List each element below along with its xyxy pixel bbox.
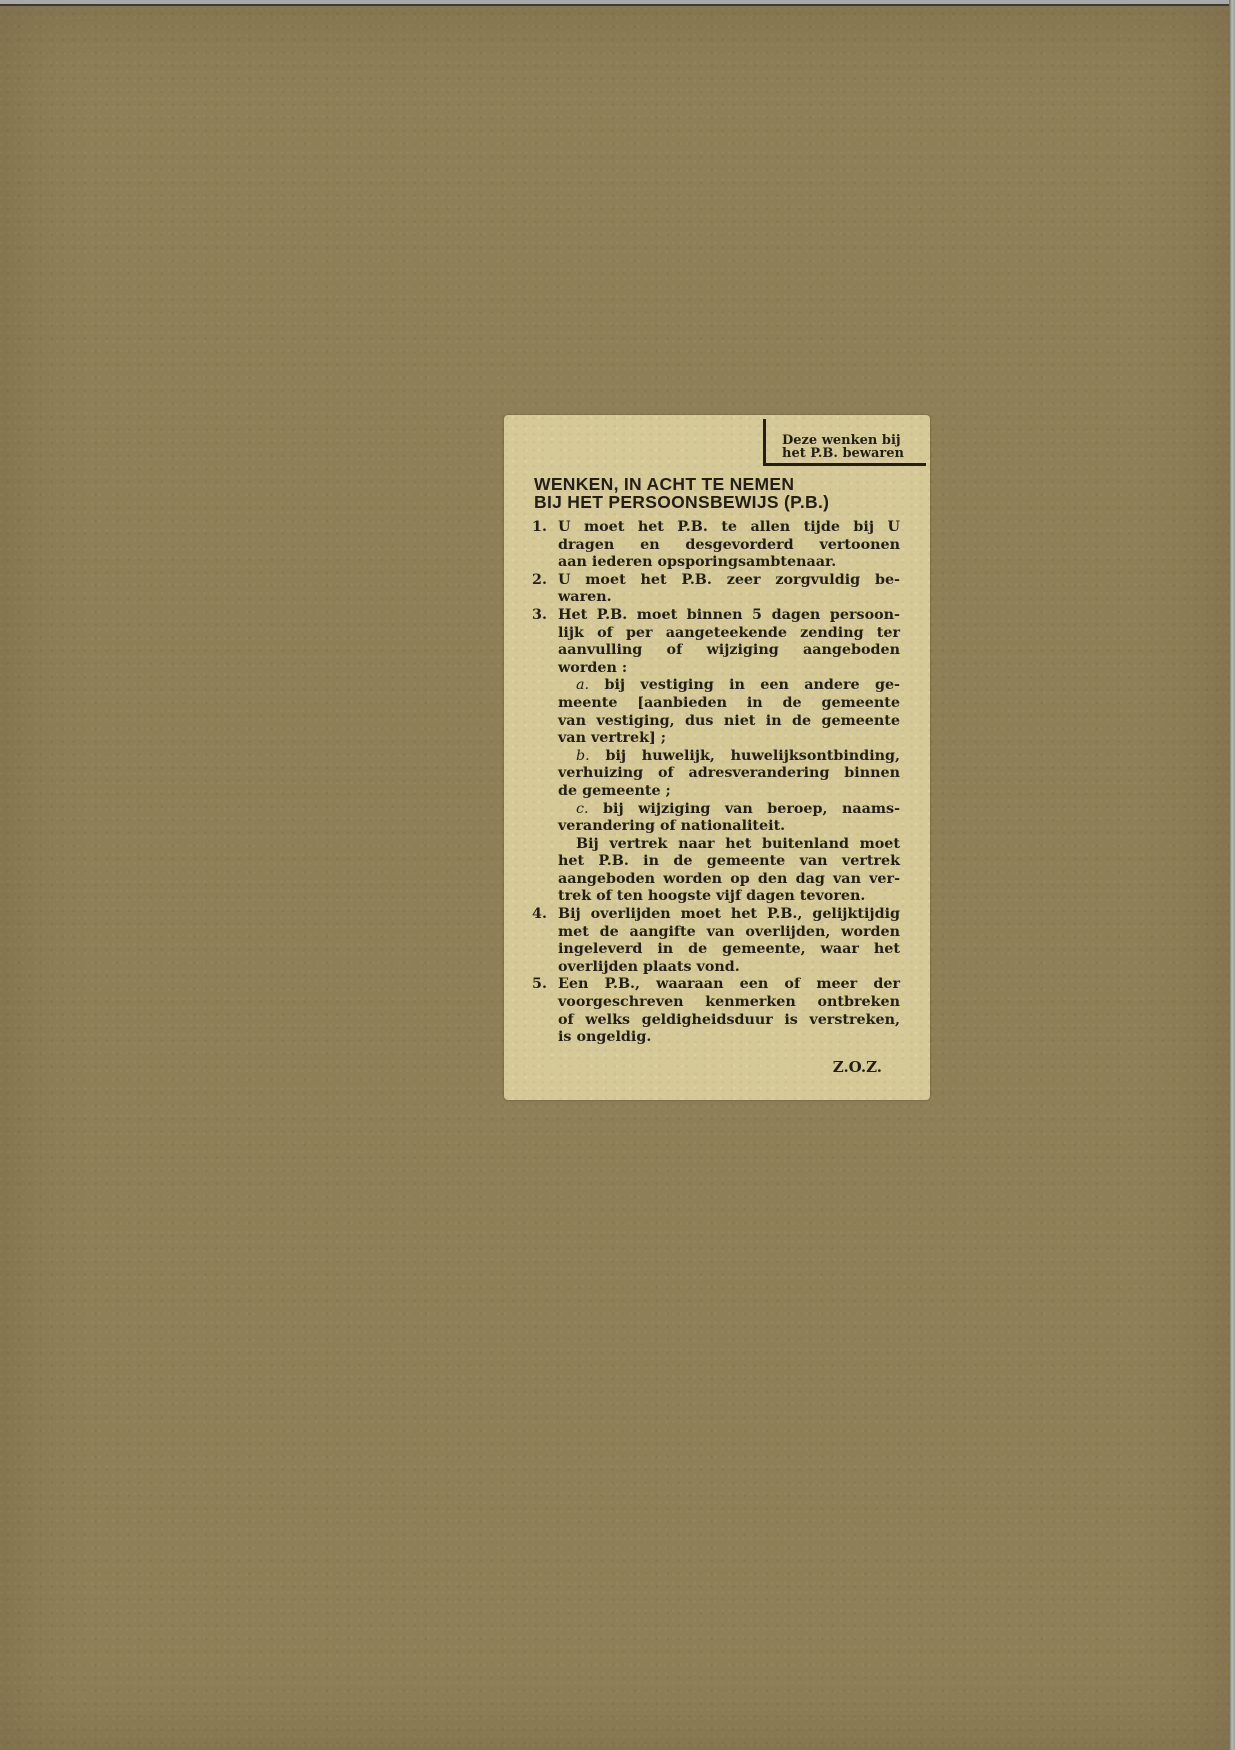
item-line: aangeboden worden op den dag van ver- <box>558 871 900 889</box>
item-line: worden : <box>558 660 900 678</box>
instruction-item: 4.Bij overlijden moet het P.B., gelijkti… <box>532 906 900 976</box>
item-line: of welks geldigheidsduur is verstreken, <box>558 1012 900 1030</box>
item-line: b. bij huwelijk, huwelijksontbinding, <box>558 748 900 766</box>
item-number: 1. <box>532 519 547 537</box>
item-number: 3. <box>532 607 547 625</box>
item-line: het P.B. in de gemeente van vertrek <box>558 853 900 871</box>
item-line: a. bij vestiging in een andere ge- <box>558 677 900 695</box>
instruction-item: 3.Het P.B. moet binnen 5 dagen persoon-l… <box>532 607 900 906</box>
item-line: ingeleverd in de gemeente, waar het <box>558 941 900 959</box>
item-line: U moet het P.B. zeer zorgvuldig be- <box>558 572 900 590</box>
scanner-edge-right <box>1229 0 1235 1750</box>
item-line: Een P.B., waaraan een of meer der <box>558 976 900 994</box>
item-line: van vertrek] ; <box>558 730 900 748</box>
sub-item-letter: c. <box>576 801 589 817</box>
turn-over-note: Z.O.Z. <box>833 1058 882 1076</box>
item-line: Het P.B. moet binnen 5 dagen persoon- <box>558 607 900 625</box>
item-line: verhuizing of adresverandering binnen <box>558 765 900 783</box>
sub-item-letter: b. <box>576 748 590 764</box>
item-number: 5. <box>532 976 547 994</box>
item-line: aanvulling of wijziging aangeboden <box>558 642 900 660</box>
item-line: van vestiging, dus niet in de gemeente <box>558 713 900 731</box>
item-line: Bij overlijden moet het P.B., gelijktijd… <box>558 906 900 924</box>
item-line: overlijden plaats vond. <box>558 959 900 977</box>
title-line: WENKEN, IN ACHT TE NEMEN <box>534 475 914 493</box>
item-number: 4. <box>532 906 547 924</box>
card-title: WENKEN, IN ACHT TE NEMEN BIJ HET PERSOON… <box>534 475 914 511</box>
item-line: voorgeschreven kenmerken ontbreken <box>558 994 900 1012</box>
instruction-item: 5.Een P.B., waaraan een of meer dervoorg… <box>532 976 900 1046</box>
item-line: aan iederen opsporingsambtenaar. <box>558 554 900 572</box>
item-line: trek of ten hoogste vijf dagen tevoren. <box>558 888 900 906</box>
item-number: 2. <box>532 572 547 590</box>
sub-item-letter: a. <box>576 677 589 693</box>
item-line: lijk of per aangeteekende zending ter <box>558 625 900 643</box>
item-line: meente [aanbieden in de gemeente <box>558 695 900 713</box>
item-line: c. bij wijziging van beroep, naams- <box>558 801 900 819</box>
item-line: waren. <box>558 589 900 607</box>
keep-notice: Deze wenken bij het P.B. bewaren <box>782 434 904 460</box>
id-card-instructions: Deze wenken bij het P.B. bewaren WENKEN,… <box>504 415 930 1100</box>
instruction-item: 2.U moet het P.B. zeer zorgvuldig be-war… <box>532 572 900 607</box>
item-line: met de aangifte van overlijden, worden <box>558 924 900 942</box>
item-line: de gemeente ; <box>558 783 900 801</box>
item-line: dragen en desgevorderd vertoonen <box>558 537 900 555</box>
keep-notice-box: Deze wenken bij het P.B. bewaren <box>763 419 926 466</box>
item-line: verandering of nationaliteit. <box>558 818 900 836</box>
item-line: U moet het P.B. te allen tijde bij U <box>558 519 900 537</box>
title-line: BIJ HET PERSOONSBEWIJS (P.B.) <box>534 493 914 511</box>
instruction-item: 1.U moet het P.B. te allen tijde bij Udr… <box>532 519 900 572</box>
instruction-list: 1.U moet het P.B. te allen tijde bij Udr… <box>532 519 900 1047</box>
item-line: is ongeldig. <box>558 1029 900 1047</box>
item-line: Bij vertrek naar het buitenland moet <box>558 836 900 854</box>
keep-notice-line: het P.B. bewaren <box>782 447 904 460</box>
